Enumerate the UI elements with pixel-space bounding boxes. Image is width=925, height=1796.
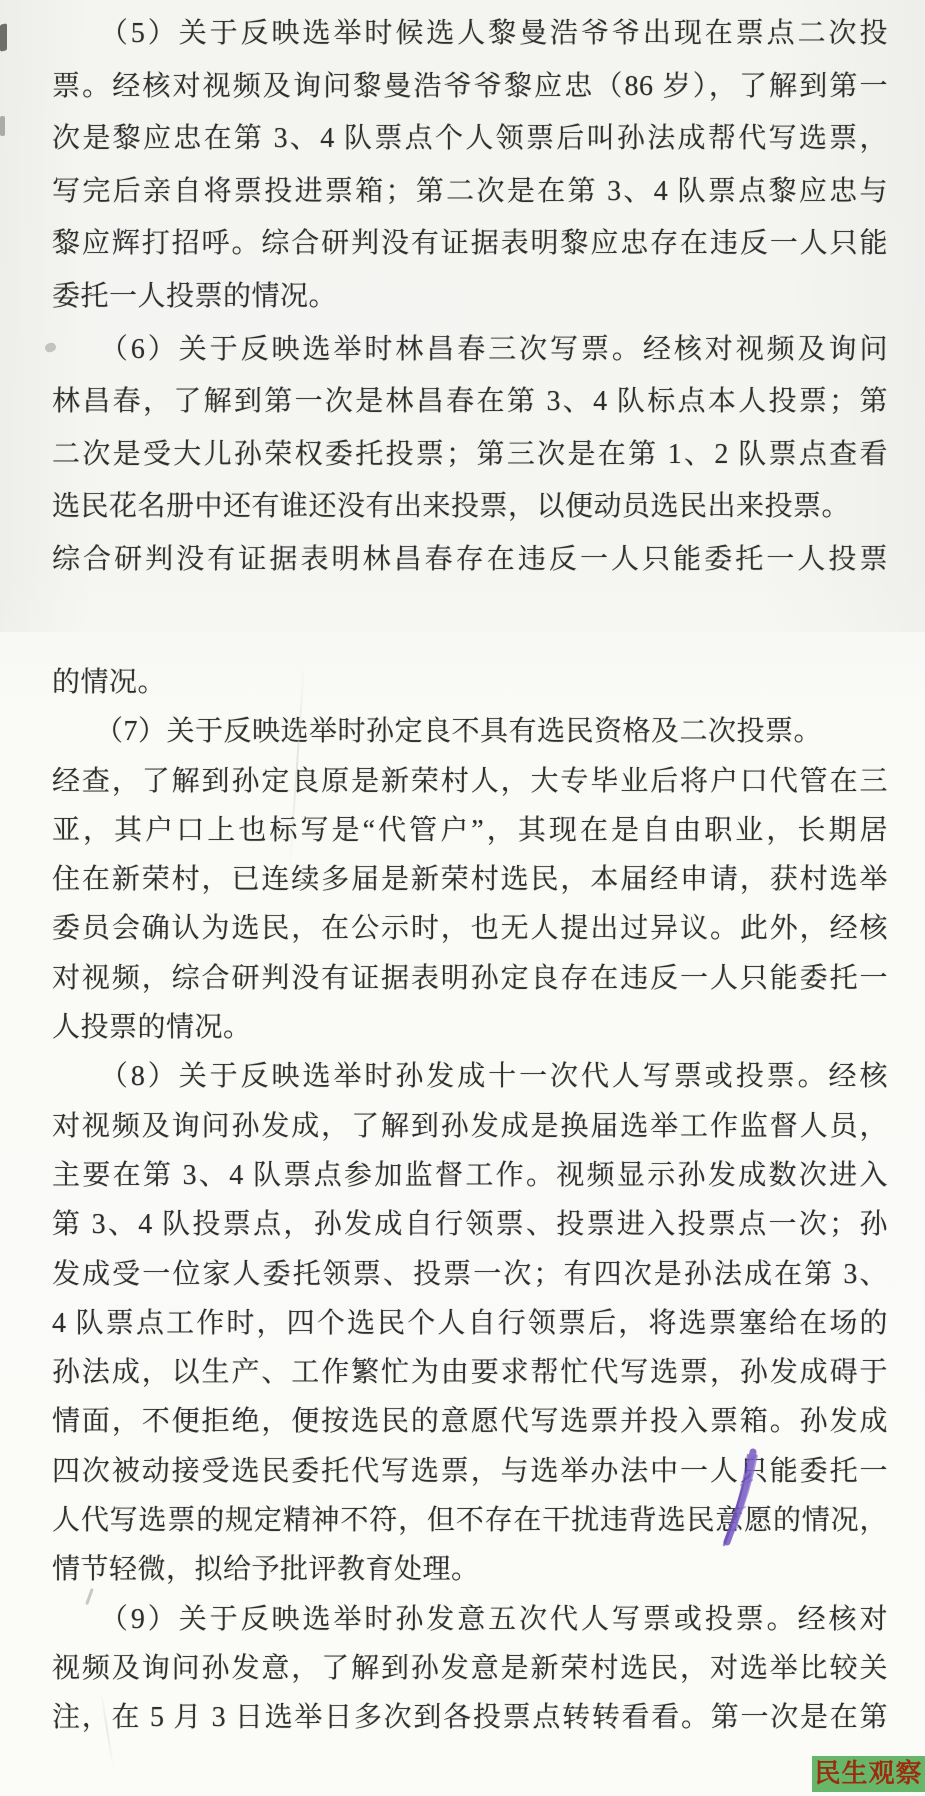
text-line: 二次是受大儿孙荣权委托投票；第三次是在第 1、2 队票点查看: [52, 429, 888, 482]
text-line: 委托一人投票的情况。: [52, 271, 888, 324]
text-line: 委员会确认为选民，在公示时，也无人提出过异议。此外，经核: [52, 904, 888, 953]
watermark-minsheng-guancha: 民生观察: [812, 1756, 925, 1792]
text-line: 对视频，综合研判没有证据表明孙定良存在违反一人只能委托一: [52, 954, 888, 1003]
text-line: 的情况。: [52, 658, 888, 707]
text-line: 经查，了解到孙定良原是新荣村人，大专毕业后将户口代管在三: [52, 757, 888, 806]
text-line: 注，在 5 月 3 日选举日多次到各投票点转转看看。第一次是在第: [52, 1693, 888, 1742]
text-line: （5）关于反映选举时候选人黎曼浩爷爷出现在票点二次投: [52, 8, 888, 61]
text-line: 人投票的情况。: [52, 1003, 888, 1052]
text-line: 林昌春，了解到第一次是林昌春在第 3、4 队标点本人投票；第: [52, 376, 888, 429]
scan-edge-mark: [0, 23, 7, 51]
scan-edge-mark: [0, 116, 5, 136]
text-line: （8）关于反映选举时孙发成十一次代人写票或投票。经核: [52, 1052, 888, 1101]
text-line: 四次被动接受选民委托代写选票，与选举办法中一人只能委托一: [52, 1447, 888, 1496]
text-line: 票。经核对视频及询问黎曼浩爷爷黎应忠（86 岁），了解到第一: [52, 61, 888, 114]
text-line: （9）关于反映选举时孙发意五次代人写票或投票。经核对: [52, 1595, 888, 1644]
page2-text-block: 的情况。 （7）关于反映选举时孙定良不具有选民资格及二次投票。经查，了解到孙定良…: [52, 658, 888, 1743]
scanned-document-page: （5）关于反映选举时候选人黎曼浩爷爷出现在票点二次投票。经核对视频及询问黎曼浩爷…: [0, 0, 925, 1796]
text-line: 选民花名册中还有谁还没有出来投票，以便动员选民出来投票。: [52, 481, 888, 534]
text-line: 第 3、4 队投票点，孙发成自行领票、投票进入投票点一次；孙: [52, 1200, 888, 1249]
text-line: 情面，不便拒绝，便按选民的意愿代写选票并投入票箱。孙发成: [52, 1397, 888, 1446]
text-line: 主要在第 3、4 队票点参加监督工作。视频显示孙发成数次进入: [52, 1151, 888, 1200]
text-line: 亚，其户口上也标写是“代管户”，其现在是自由职业，长期居: [52, 806, 888, 855]
text-line: 人代写选票的规定精神不符，但不存在干扰违背选民意愿的情况，: [52, 1496, 888, 1545]
text-line: 发成受一位家人委托领票、投票一次；有四次是孙法成在第 3、: [52, 1250, 888, 1299]
text-line: （6）关于反映选举时林昌春三次写票。经核对视频及询问: [52, 324, 888, 377]
text-line: 4 队票点工作时，四个选民个人自行领票后，将选票塞给在场的: [52, 1299, 888, 1348]
text-line: 黎应辉打招呼。综合研判没有证据表明黎应忠存在违反一人只能: [52, 218, 888, 271]
text-line: 孙法成，以生产、工作繁忙为由要求帮忙代写选票，孙发成碍于: [52, 1348, 888, 1397]
text-line: 住在新荣村，已连续多届是新荣村选民，本届经申请，获村选举: [52, 855, 888, 904]
text-line: 对视频及询问孙发成，了解到孙发成是换届选举工作监督人员，: [52, 1102, 888, 1151]
text-line: （7）关于反映选举时孙定良不具有选民资格及二次投票。: [52, 707, 888, 756]
text-line: 写完后亲自将票投进票箱；第二次是在第 3、4 队票点黎应忠与: [52, 166, 888, 219]
text-line: 视频及询问孙发意，了解到孙发意是新荣村选民，对选举比较关: [52, 1644, 888, 1693]
page1-text-block: （5）关于反映选举时候选人黎曼浩爷爷出现在票点二次投票。经核对视频及询问黎曼浩爷…: [52, 8, 888, 587]
text-line: 情节轻微，拟给予批评教育处理。: [52, 1545, 888, 1594]
text-line: 综合研判没有证据表明林昌春存在违反一人只能委托一人投票: [52, 534, 888, 587]
text-line: 次是黎应忠在第 3、4 队票点个人领票后叫孙法成帮代写选票，: [52, 113, 888, 166]
